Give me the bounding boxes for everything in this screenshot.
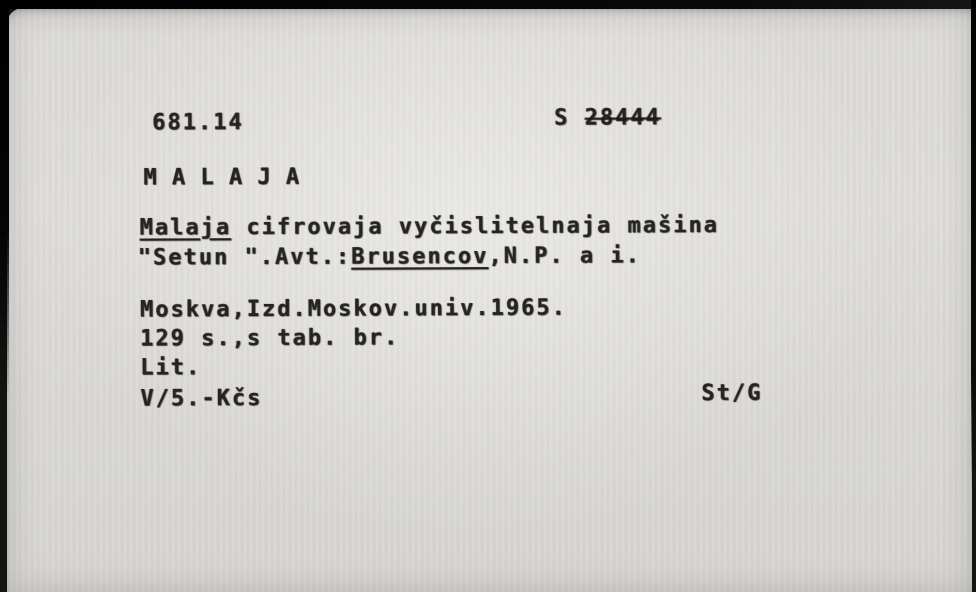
statement-post: ,N.P. a i. [488, 243, 641, 269]
bibliography-note: Lit. [140, 356, 201, 380]
title-rest: cifrovaja vyčislitelnaja mašina [231, 213, 719, 240]
location-sigla: St/G [701, 382, 762, 406]
statement-pre: "Setun ".Avt.: [138, 245, 352, 271]
price-note: V/5.-Kčs [140, 387, 262, 412]
statement-line: "Setun ".Avt.:Brusencov,N.P. a i. [138, 244, 641, 270]
catalog-card: 681.14 S 28444 M A L A J A Malaja cifrov… [7, 8, 972, 592]
author-name: Brusencov [351, 244, 488, 270]
imprint-line: Moskva,Izd.Moskov.univ.1965. [140, 297, 567, 323]
classification-number: 681.14 [152, 111, 244, 136]
call-number-value: 28444 [585, 105, 661, 130]
call-number-prefix: S [554, 106, 585, 131]
call-number: S 28444 [554, 106, 661, 131]
collation-line: 129 s.,s tab. br. [140, 326, 399, 351]
typewritten-text-block: 681.14 S 28444 M A L A J A Malaja cifrov… [6, 6, 974, 592]
title-line: Malaja cifrovaja vyčislitelnaja mašina [140, 214, 719, 241]
title-filing-word: Malaja [140, 215, 232, 240]
author-heading: M A L A J A [143, 166, 300, 191]
